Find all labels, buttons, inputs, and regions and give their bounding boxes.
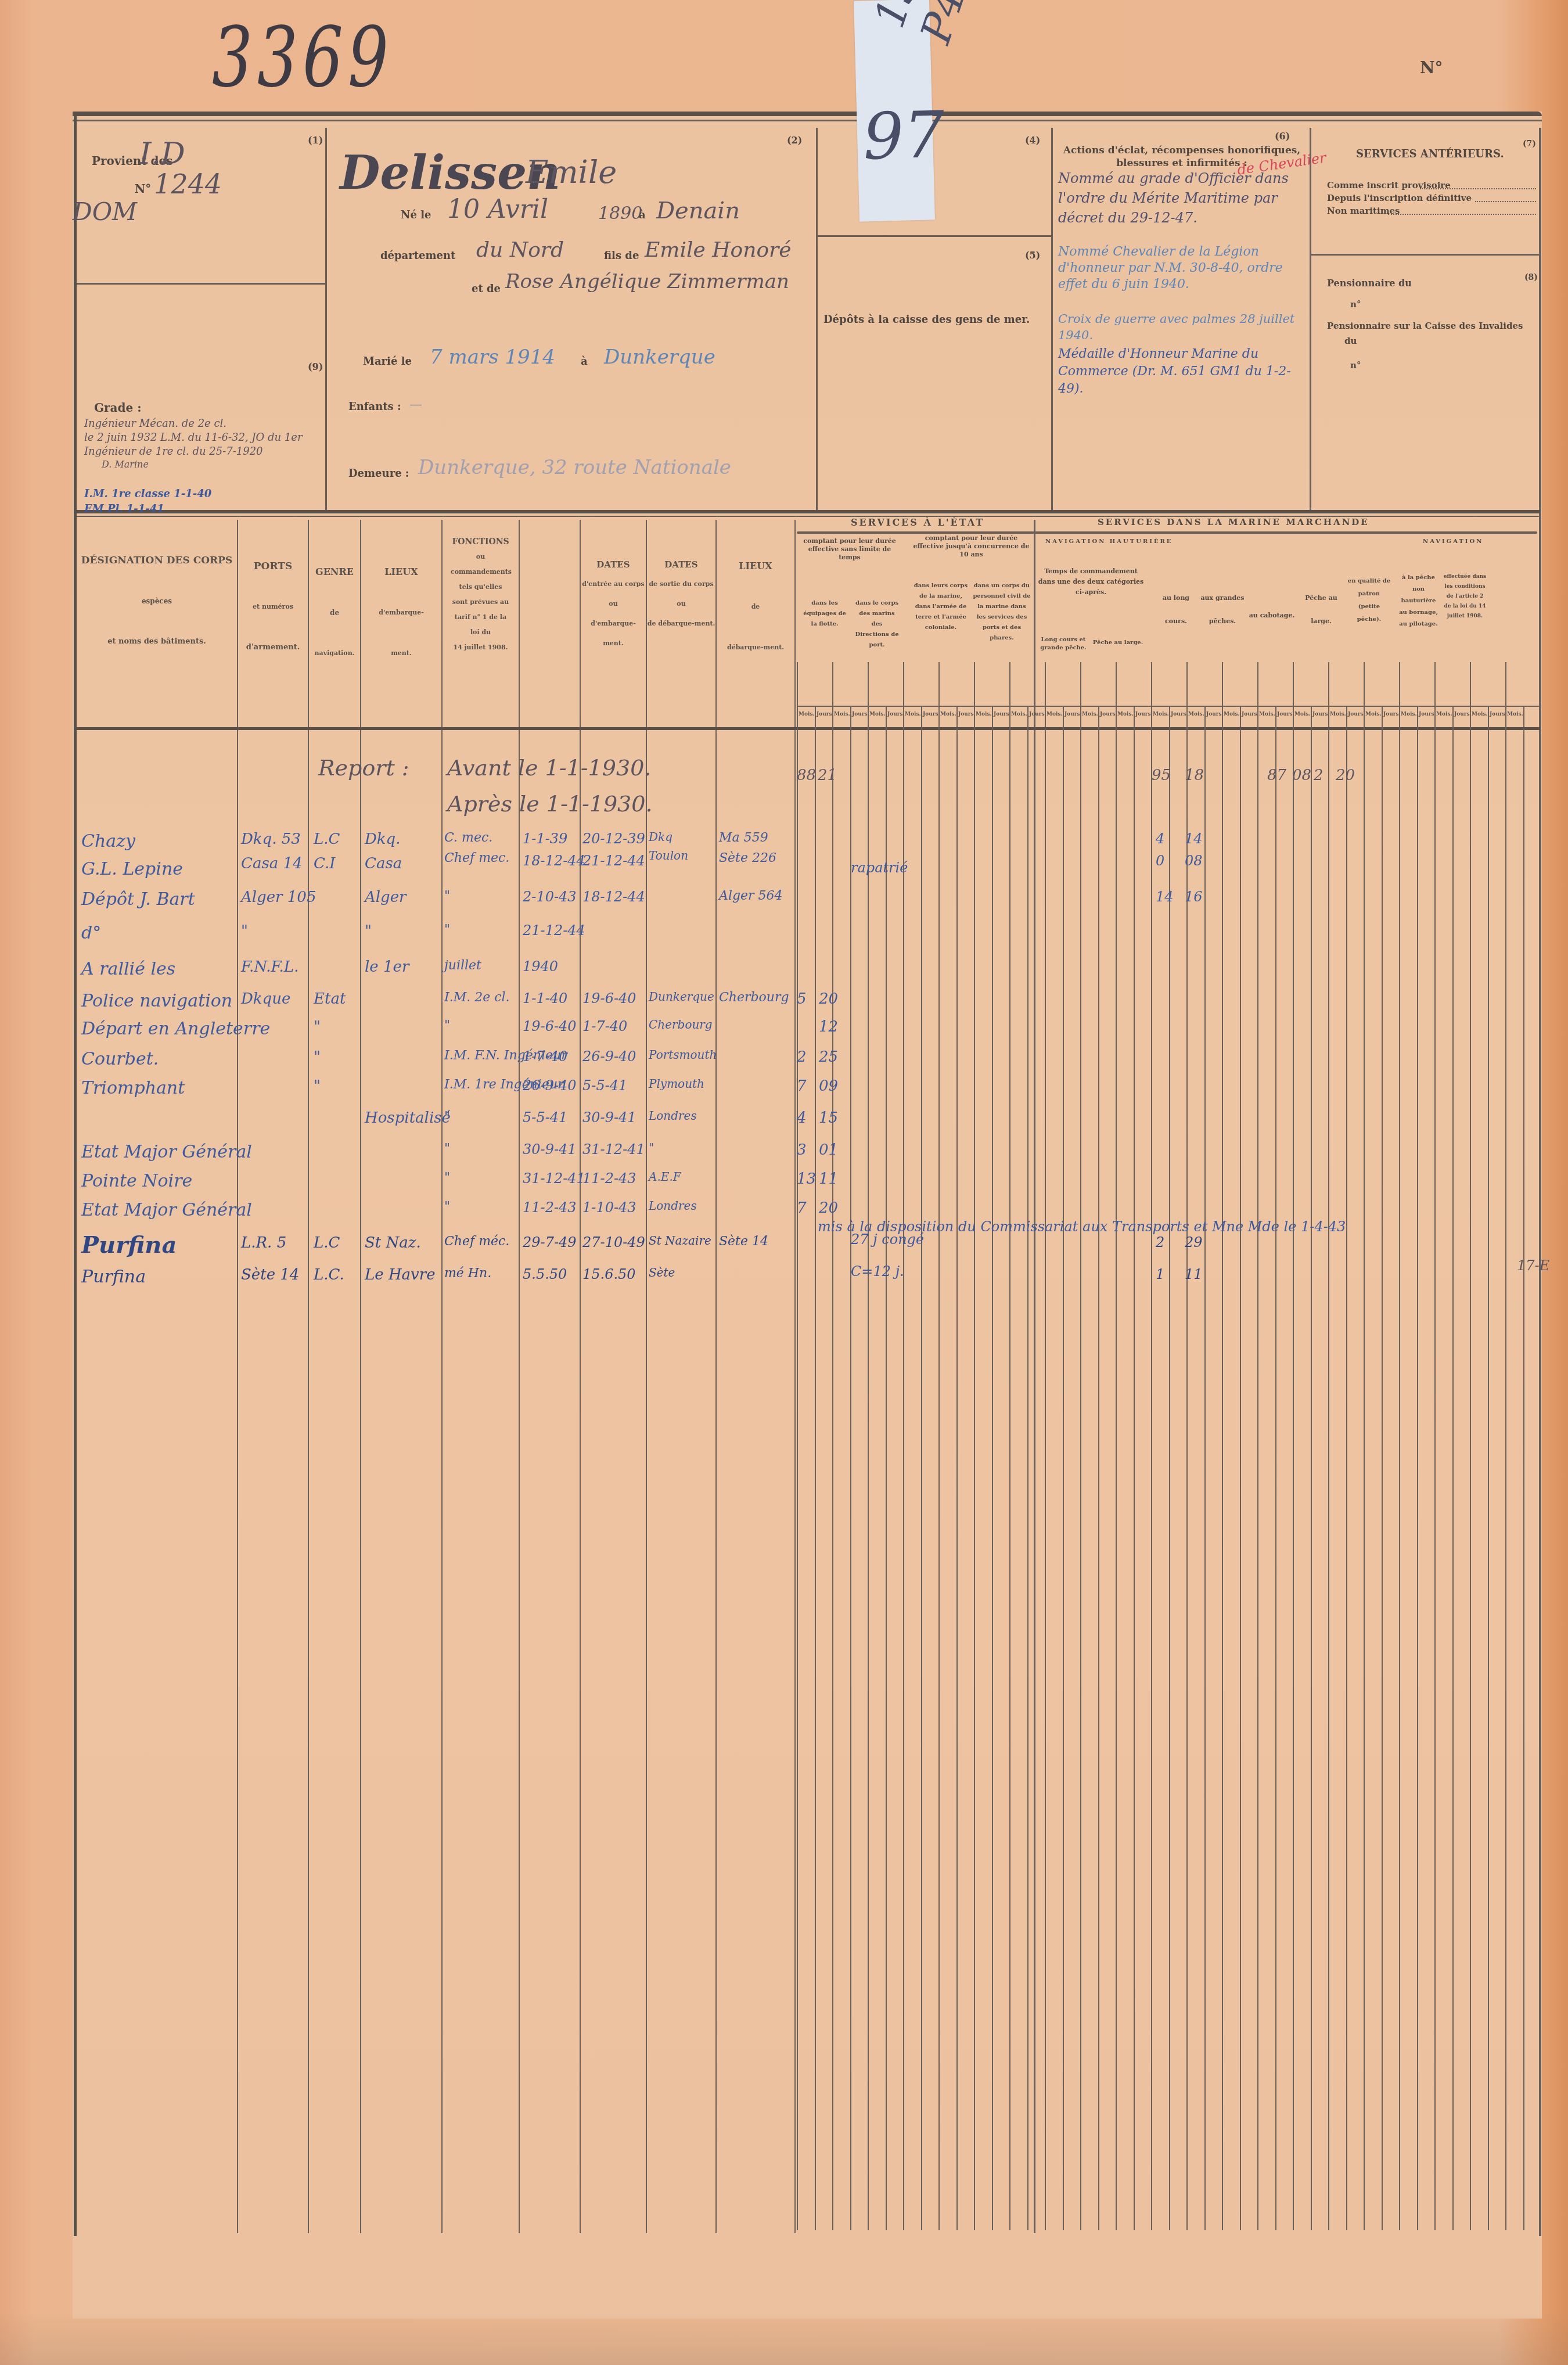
award-entry-3: Croix de guerre avec palmes 28 juillet 1… bbox=[1058, 311, 1305, 343]
row-corps: d° bbox=[81, 919, 101, 947]
row-port: Dkque bbox=[241, 987, 290, 1012]
note-line2: 97 bbox=[862, 98, 945, 174]
grade-label: Grade : bbox=[94, 401, 142, 415]
row-port: F.N.F.L. bbox=[241, 955, 299, 980]
row-corps: Purfina bbox=[81, 1231, 177, 1259]
grid-line bbox=[1063, 706, 1064, 2230]
command-time-header: Temps de commandement dans une des deux … bbox=[1037, 566, 1145, 598]
row-fonction: " bbox=[444, 1015, 450, 1036]
left-frame bbox=[74, 116, 77, 2236]
col-line bbox=[441, 520, 443, 2233]
section-mark-6: (6) bbox=[1275, 131, 1290, 142]
row-lieu-deb: Dkq Toulon bbox=[649, 828, 688, 865]
row-entree: 19-6-40 bbox=[523, 1015, 577, 1037]
grid-line bbox=[1434, 662, 1436, 2230]
row-sortie: 30-9-41 bbox=[582, 1106, 636, 1128]
numero-value: 1244 bbox=[154, 168, 222, 200]
grid-line bbox=[938, 662, 940, 2230]
row-entree: 1940 bbox=[523, 955, 558, 977]
row-fonction: C. mec. Chef mec. bbox=[444, 828, 509, 868]
grade-line-2: le 2 juin 1932 L.M. du 11-6-32, JO du 1e… bbox=[84, 431, 303, 445]
prior-services-title: SERVICES ANTÉRIEURS. bbox=[1356, 148, 1504, 160]
state-merchant-divider bbox=[1034, 520, 1035, 2233]
mois-label: Mois. bbox=[1224, 711, 1240, 717]
row-port: Dkq. 53 Casa 14 bbox=[241, 828, 303, 876]
row-lieu: Hospitalisé bbox=[365, 1106, 451, 1131]
note-line1: 13 P4 bbox=[865, 0, 978, 49]
row-fonction: " bbox=[444, 1196, 450, 1217]
grid-line bbox=[1346, 706, 1347, 2230]
section-mark-9: (9) bbox=[308, 361, 323, 372]
row-port: Alger 105 bbox=[241, 886, 316, 910]
grid-line bbox=[1364, 662, 1365, 2230]
grid-line bbox=[1523, 706, 1524, 2230]
row-remark: rapatrié bbox=[851, 860, 908, 876]
row-sortie: 15.6.50 bbox=[582, 1263, 636, 1285]
report-before: Avant le 1-1-1930. bbox=[447, 755, 651, 781]
row-entree: 30-9-41 bbox=[523, 1138, 577, 1160]
row-remark-commissariat: mis à la disposition du Commissariat aux… bbox=[818, 1219, 1346, 1235]
mother-value: Rose Angélique Zimmerman bbox=[505, 270, 789, 293]
row-port: " bbox=[241, 919, 248, 944]
header-fonctions: FONCTIONS ou commandements tels qu'elles… bbox=[443, 534, 519, 655]
grid-line bbox=[956, 706, 958, 2230]
row-port-des: Alger 564 bbox=[719, 886, 783, 906]
number-label: N° bbox=[1420, 58, 1443, 77]
header-dates-sortie: DATES de sortie du corps ou de débarque-… bbox=[647, 555, 715, 634]
far-right-note: 17-E bbox=[1517, 1257, 1549, 1274]
grid-line bbox=[1417, 706, 1418, 2230]
row-st-mois: 4 bbox=[797, 1106, 807, 1131]
section-mark-8: (8) bbox=[1524, 273, 1538, 282]
mois-label: Mois. bbox=[976, 711, 992, 717]
grid-line bbox=[1452, 706, 1454, 2230]
row-sortie: 5-5-41 bbox=[582, 1074, 627, 1097]
numero-label: N° bbox=[135, 182, 151, 196]
col-line bbox=[237, 520, 238, 2233]
row-st-mois: 7 bbox=[797, 1196, 807, 1221]
pension2-du: du bbox=[1344, 336, 1357, 346]
row-sortie: 27-10-49 bbox=[582, 1231, 645, 1253]
mois-label: Mois. bbox=[1188, 711, 1204, 717]
jours-label: Jours. bbox=[1029, 711, 1046, 717]
row-st-jours: 15 bbox=[819, 1106, 838, 1131]
hline-mid-box bbox=[816, 235, 1051, 237]
married-label: Marié le bbox=[363, 355, 412, 368]
row-st-mois: 7 bbox=[797, 1074, 807, 1099]
mois-label: Mois. bbox=[1294, 711, 1311, 717]
report-lc-mois: 95 bbox=[1152, 767, 1171, 784]
row-port: L.R. 5 bbox=[241, 1231, 286, 1256]
jours-label: Jours. bbox=[1383, 711, 1401, 717]
row-genre: " bbox=[314, 1045, 321, 1070]
paper-note: 13 P4 97 bbox=[854, 0, 935, 222]
residence-label: Demeure : bbox=[348, 468, 409, 480]
row-lieu-deb: A.E.F bbox=[649, 1167, 681, 1186]
row-fonction: mé Hn. bbox=[444, 1263, 491, 1284]
mois-label: Mois. bbox=[940, 711, 956, 717]
bottom-edge bbox=[0, 2312, 1568, 2365]
row-sortie: 19-6-40 bbox=[582, 987, 636, 1009]
row-corps: Triomphant bbox=[81, 1074, 185, 1102]
mois-label: Mois. bbox=[1330, 711, 1346, 717]
row-lieu: Le Havre bbox=[365, 1263, 436, 1288]
row-lc-mois: 1 bbox=[1156, 1263, 1164, 1285]
jours-label: Jours. bbox=[1171, 711, 1188, 717]
row-corps: Dépôt J. Bart bbox=[81, 886, 195, 914]
children-value: — bbox=[409, 398, 422, 412]
service-title-line bbox=[797, 531, 1537, 534]
award-entry-4: Médaille d'Honneur Marine du Commerce (D… bbox=[1058, 346, 1305, 398]
row-sortie: 18-12-44 bbox=[582, 886, 645, 908]
mois-label: Mois. bbox=[1365, 711, 1382, 717]
deposits-label: Dépôts à la caisse des gens de mer. bbox=[823, 314, 1030, 326]
row-corps: Etat Major Général bbox=[81, 1196, 252, 1224]
merchant-col-grandes-peches: aux grandes pêches. bbox=[1199, 587, 1246, 633]
mois-jours-top bbox=[797, 706, 1540, 707]
row-st-jours: 25 bbox=[819, 1045, 838, 1070]
top-section-bottom bbox=[77, 510, 1540, 513]
grid-line bbox=[832, 662, 833, 2230]
born-date: 10 Avril bbox=[447, 195, 548, 224]
row-entree: 5-5-41 bbox=[523, 1106, 567, 1128]
married-place: Dunkerque bbox=[604, 346, 715, 369]
row-fonction: Chef méc. bbox=[444, 1231, 509, 1252]
row-port-des: Ma 559 Sète 226 bbox=[719, 828, 776, 868]
jours-label: Jours. bbox=[1454, 711, 1472, 717]
hline-right-box bbox=[1310, 254, 1539, 256]
row-sortie: 31-12-41 bbox=[582, 1138, 645, 1160]
row-corps: Purfina bbox=[81, 1263, 146, 1291]
row-lieu: le 1er bbox=[365, 955, 409, 980]
command-sub-1: Long cours et grande pêche. bbox=[1037, 636, 1089, 652]
father-label: fils de bbox=[604, 250, 639, 262]
row-entree: 31-12-41 bbox=[523, 1167, 585, 1189]
row-sortie: 11-2-43 bbox=[582, 1167, 636, 1189]
grade-line-3: Ingénieur de 1re cl. du 25-7-1920 bbox=[84, 445, 263, 459]
department-value: du Nord bbox=[476, 238, 564, 262]
prior-dots-1 bbox=[1420, 188, 1536, 189]
row-lc-mois: 4 0 bbox=[1156, 828, 1164, 872]
row-entree: 11-2-43 bbox=[523, 1196, 577, 1219]
row-fonction: I.M. 2e cl. bbox=[444, 987, 510, 1008]
pension1-label: Pensionnaire du bbox=[1327, 278, 1412, 289]
row-genre: " bbox=[314, 1015, 321, 1040]
row-lieu: " bbox=[365, 919, 372, 944]
hline-left-box bbox=[77, 283, 325, 285]
grid-line bbox=[1045, 662, 1046, 2230]
mois-label: Mois. bbox=[1011, 711, 1027, 717]
row-genre: L.C C.I bbox=[314, 828, 340, 876]
header-ports-armement: PORTS et numéros d'armement. bbox=[238, 558, 308, 656]
section-mark-1: (1) bbox=[308, 135, 323, 146]
row-entree: 21-12-44 bbox=[523, 919, 585, 941]
row-entree: 5.5.50 bbox=[523, 1263, 567, 1285]
provient-value: I.D bbox=[139, 136, 185, 171]
row-lieu-deb: Dunkerque bbox=[649, 987, 714, 1006]
row-entree: 2-10-43 bbox=[523, 886, 577, 908]
row-sortie: 26-9-40 bbox=[582, 1045, 636, 1068]
row-entree: 26-9-40 bbox=[523, 1074, 577, 1097]
grid-line bbox=[903, 662, 904, 2230]
divider-1 bbox=[325, 128, 327, 511]
row-genre: " bbox=[314, 1074, 321, 1099]
report-peche-jours: 08 bbox=[1292, 767, 1311, 784]
grid-line bbox=[921, 706, 922, 2230]
mois-label: Mois. bbox=[1082, 711, 1098, 717]
grid-line bbox=[1204, 706, 1206, 2230]
mois-label: Mois. bbox=[1153, 711, 1169, 717]
row-corps: Etat Major Général bbox=[81, 1138, 252, 1166]
row-fonction: " bbox=[444, 1167, 450, 1188]
award-entry-1: Nommé au grade d'Officier dans l'ordre d… bbox=[1058, 168, 1305, 228]
row-genre: L.C. bbox=[314, 1263, 344, 1288]
row-lc-jours: 11 bbox=[1185, 1263, 1203, 1285]
jours-label: Jours. bbox=[1242, 711, 1259, 717]
grade-line-4: D. Marine bbox=[102, 459, 149, 470]
report-state-jours: 21 bbox=[818, 767, 837, 784]
jours-label: Jours. bbox=[1312, 711, 1330, 717]
header-lieux-debarquement: LIEUX de débarque-ment. bbox=[717, 558, 794, 656]
nav-other: NAVIGATION bbox=[1423, 538, 1483, 545]
section-mark-2: (2) bbox=[787, 135, 802, 146]
row-lc-jours: 16 bbox=[1185, 886, 1203, 908]
row-entree: 1-7-40 bbox=[523, 1045, 567, 1068]
row-fonction: " bbox=[444, 1106, 450, 1127]
grid-line bbox=[1488, 706, 1489, 2230]
grid-line bbox=[1311, 706, 1312, 2230]
state-col-3: dans leurs corps de la marine, dans l'ar… bbox=[912, 581, 970, 633]
row-fonction: juillet bbox=[444, 955, 481, 976]
jours-label: Jours. bbox=[923, 711, 940, 717]
grid-line bbox=[1222, 662, 1223, 2230]
row-entree: 29-7-49 bbox=[523, 1231, 577, 1253]
report-cab-mois: 2 bbox=[1314, 767, 1324, 784]
section-mark-4: (4) bbox=[1025, 135, 1040, 146]
state-col-4: dans un corps du personnel civil de la m… bbox=[973, 581, 1031, 644]
report-label: Report : bbox=[318, 755, 409, 781]
header-bottom-line bbox=[77, 727, 1540, 730]
divider-3 bbox=[1051, 128, 1053, 511]
grid-line bbox=[1080, 662, 1081, 2230]
row-fonction: " bbox=[444, 919, 450, 940]
row-lieu-deb: Londres bbox=[649, 1106, 697, 1125]
mois-label: Mois. bbox=[1046, 711, 1063, 717]
nav-hauturiere: NAVIGATION HAUTURIÈRE bbox=[1045, 538, 1173, 545]
jours-label: Jours. bbox=[1206, 711, 1224, 717]
born-place: Denain bbox=[656, 197, 740, 224]
grid-line bbox=[1009, 662, 1010, 2230]
prior-dots-3 bbox=[1388, 214, 1536, 215]
jours-label: Jours. bbox=[1064, 711, 1082, 717]
row-genre: L.C bbox=[314, 1231, 340, 1256]
right-frame bbox=[1539, 128, 1541, 2236]
father-value: Emile Honoré bbox=[645, 238, 792, 262]
grid-line bbox=[850, 706, 851, 2230]
row-lieu: Dkq. Casa bbox=[365, 828, 402, 876]
report-lc-jours: 18 bbox=[1185, 767, 1204, 784]
born-year: 1890 bbox=[598, 203, 642, 224]
row-sortie: 20-12-39 21-12-44 bbox=[582, 828, 645, 872]
pension1-no: n° bbox=[1350, 299, 1361, 310]
jours-label: Jours. bbox=[1277, 711, 1294, 717]
row-fonction: " bbox=[444, 1138, 450, 1159]
section-mark-7: (7) bbox=[1523, 139, 1536, 149]
row-port-des: Sète 14 bbox=[719, 1231, 768, 1252]
row-entree: 1-1-39 18-12-44 bbox=[523, 828, 585, 872]
nav-col-article2: effectuée dans les conditions de l'artic… bbox=[1443, 572, 1487, 621]
command-sub-2: Pêche au large. bbox=[1092, 639, 1144, 647]
row-lc-mois: 14 bbox=[1156, 886, 1174, 908]
residence-value: Dunkerque, 32 route Nationale bbox=[418, 456, 731, 479]
report-after: Après le 1-1-1930. bbox=[447, 791, 653, 817]
grid-line bbox=[974, 662, 975, 2230]
jours-label: Jours. bbox=[1100, 711, 1117, 717]
married-place-label: à bbox=[581, 355, 588, 368]
row-st-mois: 5 bbox=[797, 987, 807, 1012]
row-remark: C=12 j. bbox=[851, 1263, 904, 1279]
mois-label: Mois. bbox=[1507, 711, 1523, 717]
nav-col-patron: en qualité de patron (petite pêche). bbox=[1347, 575, 1391, 626]
merchant-col-long-cours: au long cours. bbox=[1153, 587, 1199, 633]
jours-label: Jours. bbox=[1135, 711, 1153, 717]
mois-label: Mois. bbox=[1436, 711, 1452, 717]
grid-line bbox=[815, 706, 816, 2230]
register-number: 3369 bbox=[212, 9, 393, 106]
mois-label: Mois. bbox=[834, 711, 850, 717]
grid-line bbox=[1328, 662, 1329, 2230]
grid-line bbox=[868, 662, 869, 2230]
jours-label: Jours. bbox=[817, 711, 834, 717]
row-corps: Pointe Noire bbox=[81, 1167, 192, 1195]
children-label: Enfants : bbox=[348, 401, 401, 413]
col-line bbox=[308, 520, 309, 2233]
row-lieu-deb: St Nazaire bbox=[649, 1231, 711, 1250]
state-group-1: comptant pour leur durée effective sans … bbox=[800, 537, 899, 562]
row-sortie: 1-7-40 bbox=[582, 1015, 627, 1037]
row-lieu-deb: Sète bbox=[649, 1263, 675, 1282]
row-lieu-deb: " bbox=[649, 1138, 654, 1157]
mois-label: Mois. bbox=[1259, 711, 1275, 717]
grid-line bbox=[1382, 706, 1383, 2230]
row-lieu: St Naz. bbox=[365, 1231, 421, 1256]
row-lieu-deb: Portsmouth bbox=[649, 1045, 717, 1064]
grade-line-5: I.M. 1re classe 1-1-40 bbox=[84, 488, 211, 500]
divider-4 bbox=[1310, 128, 1311, 511]
row-lc-jours: 14 08 bbox=[1185, 828, 1203, 872]
section-mark-5: (5) bbox=[1025, 250, 1040, 261]
married-date: 7 mars 1914 bbox=[430, 346, 555, 369]
grid-line bbox=[992, 706, 993, 2230]
row-corps: Courbet. bbox=[81, 1045, 159, 1073]
jours-label: Jours. bbox=[887, 711, 905, 717]
grid-line bbox=[1399, 662, 1400, 2230]
mois-label: Mois. bbox=[799, 711, 815, 717]
pension2-label: Pensionnaire sur la Caisse des Invalides bbox=[1327, 321, 1523, 331]
row-st-mois: 13 bbox=[797, 1167, 816, 1192]
row-corps: Départ en Angleterre bbox=[81, 1015, 270, 1043]
row-lieu-deb: Plymouth bbox=[649, 1074, 704, 1093]
grid-line bbox=[1257, 662, 1258, 2230]
jours-label: Jours. bbox=[1490, 711, 1507, 717]
mois-label: Mois. bbox=[1117, 711, 1134, 717]
report-cab-jours: 20 bbox=[1336, 767, 1355, 784]
row-st-jours: 09 bbox=[819, 1074, 838, 1099]
grid-line bbox=[1505, 662, 1506, 2230]
department-label: département bbox=[380, 250, 455, 262]
mois-label: Mois. bbox=[1401, 711, 1417, 717]
row-st-jours: 20 bbox=[819, 1196, 838, 1221]
state-group-2: comptant pour leur durée effective jusqu… bbox=[912, 534, 1031, 559]
grade-line-6: EM Pl. 1-1-41 bbox=[84, 503, 164, 515]
grid-line bbox=[1470, 662, 1471, 2230]
divider-2 bbox=[816, 128, 818, 511]
merchant-col-peche-large: Pêche au large. bbox=[1298, 587, 1344, 633]
grid-line bbox=[1240, 706, 1241, 2230]
firstname: Emile bbox=[526, 154, 617, 191]
nav-col-bornage: à la pêche non hauturière au bornage, au… bbox=[1397, 572, 1440, 630]
col-line bbox=[794, 520, 796, 2233]
prior-row-2: Depuis l'inscription définitive bbox=[1327, 193, 1472, 203]
jours-label: Jours. bbox=[958, 711, 976, 717]
born-label: Né le bbox=[401, 209, 431, 221]
row-fonction: " bbox=[444, 886, 450, 906]
jours-label: Jours. bbox=[1348, 711, 1365, 717]
top-border-thick bbox=[73, 112, 1542, 116]
grid-line bbox=[886, 706, 887, 2230]
row-port: Sète 14 bbox=[241, 1263, 299, 1288]
grid-line bbox=[1151, 662, 1152, 2230]
header-dates-entree: DATES d'entrée au corps ou d'embarque-me… bbox=[581, 555, 646, 653]
grid-line bbox=[1293, 662, 1294, 2230]
row-st-jours: 12 bbox=[819, 1015, 838, 1040]
mois-label: Mois. bbox=[1472, 711, 1488, 717]
row-lieu-deb: Cherbourg bbox=[649, 1015, 713, 1034]
merchant-col-cabotage: au cabotage. bbox=[1249, 604, 1295, 627]
col-line bbox=[715, 520, 717, 2233]
prior-dots-2 bbox=[1475, 201, 1536, 202]
merchant-services-title: SERVICES DANS LA MARINE MARCHANDE bbox=[1098, 517, 1369, 527]
grid-line bbox=[1027, 706, 1028, 2230]
row-st-mois: 2 bbox=[797, 1045, 807, 1070]
grid-line bbox=[1169, 706, 1170, 2230]
grade-line-1: Ingénieur Mécan. de 2e cl. bbox=[84, 417, 226, 431]
grid-line bbox=[1134, 706, 1135, 2230]
row-entree: 1-1-40 bbox=[523, 987, 567, 1009]
grid-line bbox=[797, 662, 798, 2230]
jours-label: Jours. bbox=[852, 711, 869, 717]
mois-label: Mois. bbox=[905, 711, 921, 717]
state-col-2: dans le corps des marins des Directions … bbox=[854, 598, 900, 650]
report-peche-mois: 87 bbox=[1267, 767, 1286, 784]
grid-line bbox=[1116, 662, 1117, 2230]
report-state-mois: 88 bbox=[797, 767, 816, 784]
numero-prefix: DOM bbox=[73, 197, 137, 226]
jours-label: Jours. bbox=[1419, 711, 1436, 717]
row-st-jours: 20 bbox=[819, 987, 838, 1012]
row-st-mois: 3 bbox=[797, 1138, 807, 1163]
born-place-label: à bbox=[639, 209, 646, 221]
row-lieu-deb: Londres bbox=[649, 1196, 697, 1215]
header-genre: GENRE de navigation. bbox=[309, 563, 360, 662]
row-st-jours: 11 bbox=[819, 1167, 838, 1192]
top-border-thin bbox=[73, 120, 1542, 121]
mois-label: Mois. bbox=[869, 711, 886, 717]
row-corps: Police navigation bbox=[81, 987, 232, 1015]
row-port-des: Cherbourg bbox=[719, 987, 789, 1008]
row-corps: A rallié les bbox=[81, 955, 175, 983]
row-st-jours: 01 bbox=[819, 1138, 838, 1163]
